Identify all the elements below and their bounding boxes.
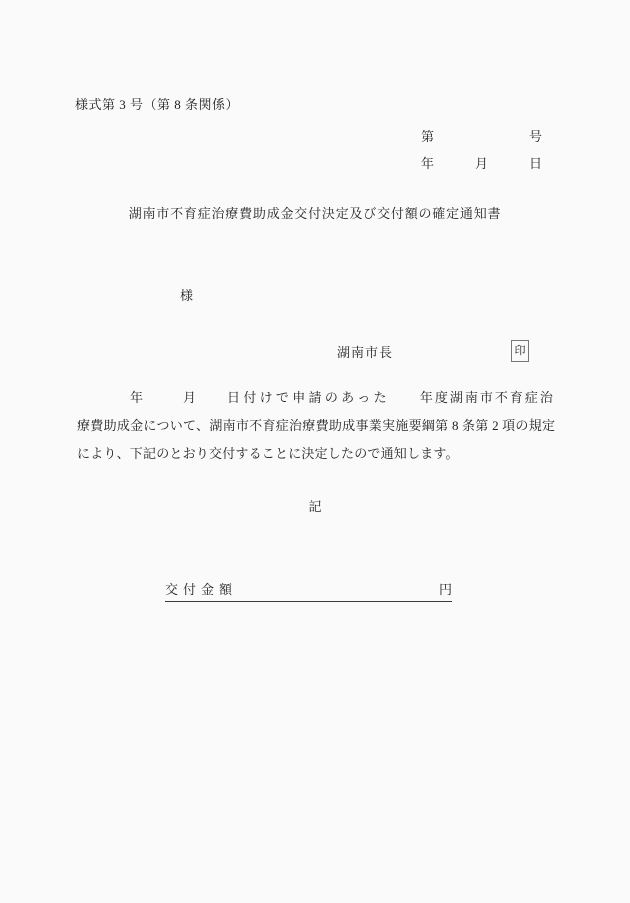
- date-year-label: 年: [421, 155, 434, 173]
- seal-character: 印: [515, 346, 526, 357]
- document-number-suffix: 号: [529, 128, 542, 146]
- document-number-row: 第 号: [421, 128, 542, 146]
- body-day-phrase: 日付けで申請のあった: [227, 390, 390, 405]
- date-row: 年 月 日: [421, 155, 542, 173]
- body-month-label: 月: [183, 390, 196, 405]
- sender-name: 湖南市長: [337, 344, 393, 362]
- body-line1-tail: 年度湖南市不育症治: [420, 390, 555, 405]
- date-month-label: 月: [475, 155, 488, 173]
- record-marker: 記: [0, 498, 630, 516]
- document-number-prefix: 第: [421, 128, 434, 146]
- grant-amount-line: 交付金額 円: [165, 581, 452, 602]
- body-paragraph: 年月日付けで申請のあった年度湖南市不育症治 療費助成金について、湖南市不育症治療…: [77, 384, 555, 468]
- date-day-label: 日: [529, 155, 542, 173]
- document-page: 様式第 3 号（第 8 条関係） 第 号 年 月 日 湖南市不育症治療費助成金交…: [0, 0, 630, 903]
- body-line-1: 年月日付けで申請のあった年度湖南市不育症治: [77, 384, 555, 412]
- body-line-2: 療費助成金について、湖南市不育症治療費助成事業実施要綱第 8 条第 2 項の規定: [77, 412, 555, 440]
- body-year-label: 年: [130, 390, 143, 405]
- body-line-3: により、下記のとおり交付することに決定したので通知します。: [77, 440, 555, 468]
- currency-unit-label: 円: [439, 581, 452, 598]
- seal-box: 印: [511, 340, 529, 362]
- grant-amount-label: 交付金額: [165, 581, 237, 598]
- addressee-honorific: 様: [180, 287, 193, 305]
- document-title: 湖南市不育症治療費助成金交付決定及び交付額の確定通知書: [0, 204, 630, 224]
- form-number: 様式第 3 号（第 8 条関係）: [75, 96, 239, 114]
